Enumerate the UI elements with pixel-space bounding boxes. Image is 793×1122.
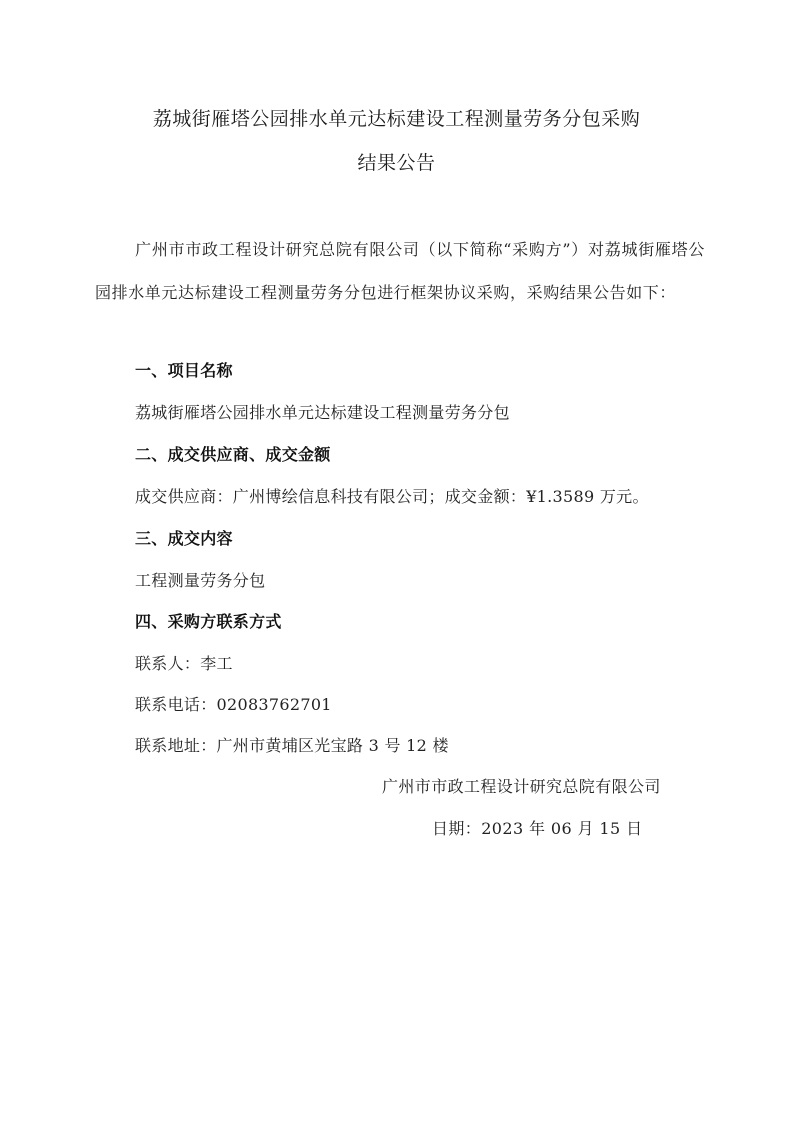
contact-phone: 联系电话：02083762701 [135, 692, 332, 715]
project-name-value: 荔城街雁塔公园排水单元达标建设工程测量劳务分包 [135, 400, 510, 423]
section-heading-project-name: 一、项目名称 [135, 358, 233, 381]
document-title-line-1: 荔城街雁塔公园排水单元达标建设工程测量劳务分包采购 [0, 104, 793, 131]
intro-text: 广州市市政工程设计研究总院有限公司（以下简称“采购方”）对荔城街雁塔公园排水单元… [95, 240, 705, 302]
signature-organization: 广州市市政工程设计研究总院有限公司 [382, 774, 661, 797]
section-heading-supplier-amount: 二、成交供应商、成交金额 [135, 442, 331, 465]
signature-date: 日期：2023 年 06 月 15 日 [432, 816, 642, 839]
section-heading-deal-content: 三、成交内容 [135, 526, 233, 549]
supplier-amount-value: 成交供应商：广州博绘信息科技有限公司；成交金额：¥1.3589 万元。 [135, 484, 649, 507]
section-heading-contact-info: 四、采购方联系方式 [135, 609, 282, 632]
document-page: 荔城街雁塔公园排水单元达标建设工程测量劳务分包采购 结果公告 广州市市政工程设计… [0, 0, 793, 1122]
contact-address: 联系地址：广州市黄埔区光宝路 3 号 12 楼 [135, 733, 449, 756]
contact-person: 联系人：李工 [135, 651, 233, 674]
intro-paragraph: 广州市市政工程设计研究总院有限公司（以下简称“采购方”）对荔城街雁塔公园排水单元… [95, 228, 705, 314]
document-title-line-2: 结果公告 [0, 148, 793, 175]
deal-content-value: 工程测量劳务分包 [135, 568, 265, 591]
